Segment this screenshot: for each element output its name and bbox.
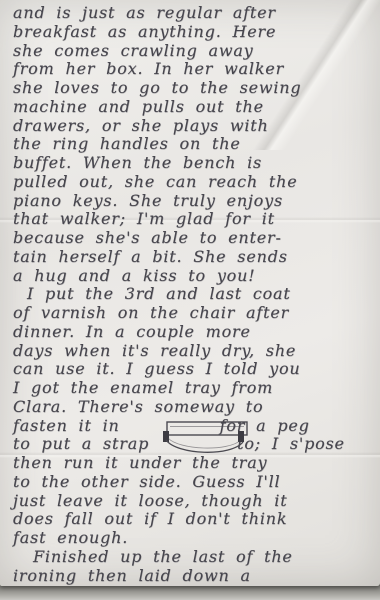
handwriting-line: the ring handles on the [13, 135, 374, 154]
handwriting-line: can use it. I guess I told you [13, 360, 374, 379]
handwriting-line: Clara. There's someway to [13, 398, 374, 417]
handwritten-text-block: and is just as regular after breakfast a… [0, 0, 380, 585]
handwriting-line: from her box. In her walker [13, 60, 374, 79]
handwriting-line: drawers, or she plays with [13, 117, 374, 136]
letter-page: and is just as regular after breakfast a… [0, 0, 380, 586]
handwriting-fragment: fasten it in [13, 417, 120, 436]
handwriting-line: Finished up the last of the [13, 548, 374, 567]
handwriting-line: dinner. In a couple more [13, 323, 374, 342]
handwriting-line: buffet. When the bench is [13, 154, 374, 173]
handwriting-fragment: to put a strap [13, 435, 149, 454]
handwriting-line: piano keys. She truly enjoys [13, 192, 374, 211]
handwriting-line: that walker; I'm glad for it [13, 210, 374, 229]
handwriting-line: she loves to go to the sewing [13, 79, 374, 98]
handwriting-line: ironing then laid down a [13, 567, 374, 586]
handwriting-line: and is just as regular after [13, 4, 374, 23]
handwriting-line: fast enough. [13, 529, 374, 548]
tray-with-pegs-and-strap-sketch-icon [155, 419, 259, 461]
handwriting-line: just leave it loose, though it [13, 492, 374, 511]
handwriting-line: does fall out if I don't think [13, 510, 374, 529]
handwriting-line: a hug and a kiss to you! [13, 267, 374, 286]
handwriting-line: machine and pulls out the [13, 98, 374, 117]
handwriting-line: of varnish on the chair after [13, 304, 374, 323]
handwriting-line: tain herself a bit. She sends [13, 248, 374, 267]
handwriting-line: I put the 3rd and last coat [13, 285, 374, 304]
handwriting-line: to the other side. Guess I'll [13, 473, 374, 492]
handwriting-line: I got the enamel tray from [13, 379, 374, 398]
letter-photo: and is just as regular after breakfast a… [0, 0, 380, 600]
handwriting-line: she comes crawling away [13, 42, 374, 61]
handwriting-line: because she's able to enter- [13, 229, 374, 248]
handwriting-line: breakfast as anything. Here [13, 23, 374, 42]
handwriting-line: days when it's really dry, she [13, 342, 374, 361]
handwriting-line: pulled out, she can reach the [13, 173, 374, 192]
